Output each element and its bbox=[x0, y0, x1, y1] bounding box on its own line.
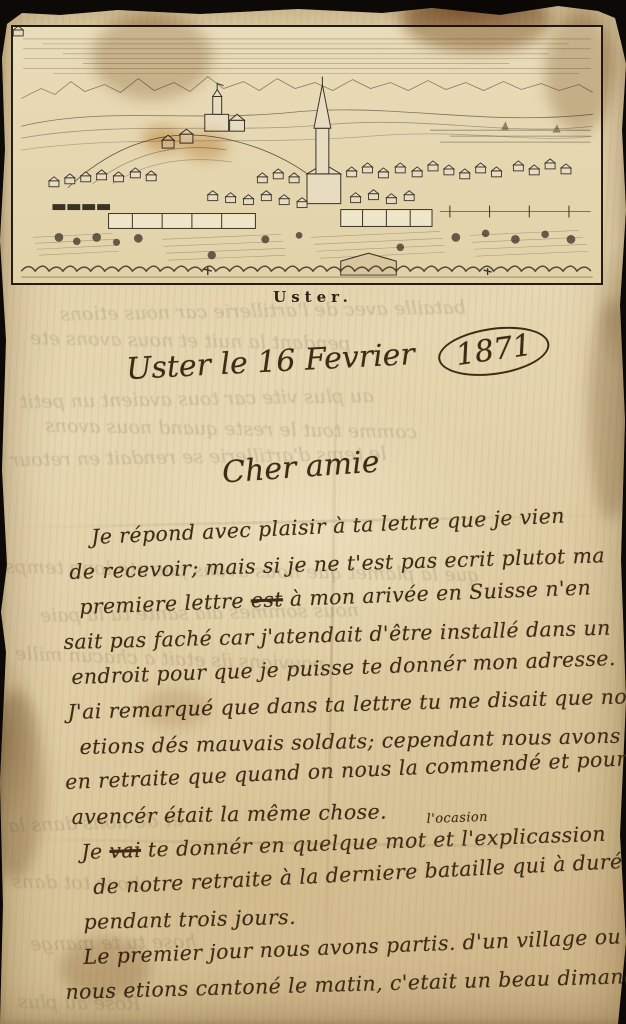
far-hills bbox=[21, 110, 593, 126]
strikethrough-word: vai bbox=[109, 838, 141, 863]
inserted-word: l'ocasion bbox=[426, 811, 488, 826]
factory-buildings bbox=[53, 205, 591, 229]
train bbox=[53, 205, 110, 210]
strikethrough-word: est bbox=[250, 587, 283, 612]
letter-body: Je répond avec plaisir à ta lettre que j… bbox=[58, 520, 618, 1010]
dateline-text: Uster le 16 Fevrier bbox=[125, 337, 415, 387]
church bbox=[307, 77, 341, 204]
scanned-letter-page: { "engraving": { "caption": "Uster.", "s… bbox=[0, 0, 626, 1024]
sky-hatching bbox=[23, 39, 591, 74]
uster-engraving-illustration bbox=[13, 27, 601, 283]
mountains bbox=[21, 77, 593, 99]
foreground-hedge bbox=[21, 266, 593, 277]
uster-engraving bbox=[11, 25, 603, 285]
engraving-caption: Uster. bbox=[0, 288, 626, 306]
